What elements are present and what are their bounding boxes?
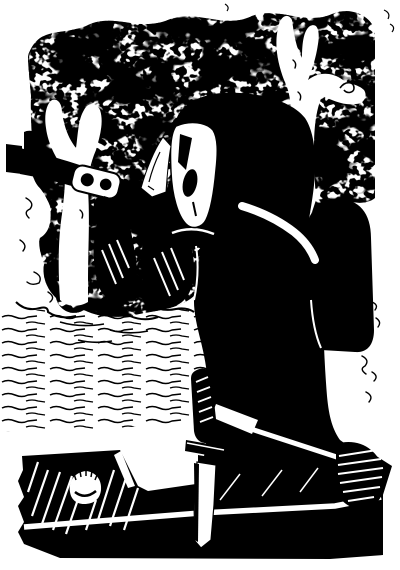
ink-layer (0, 4, 394, 559)
bow-emblem (70, 470, 101, 504)
muzzle (6, 144, 22, 174)
ink-drawing (0, 0, 400, 570)
illustration-canvas (0, 0, 400, 570)
